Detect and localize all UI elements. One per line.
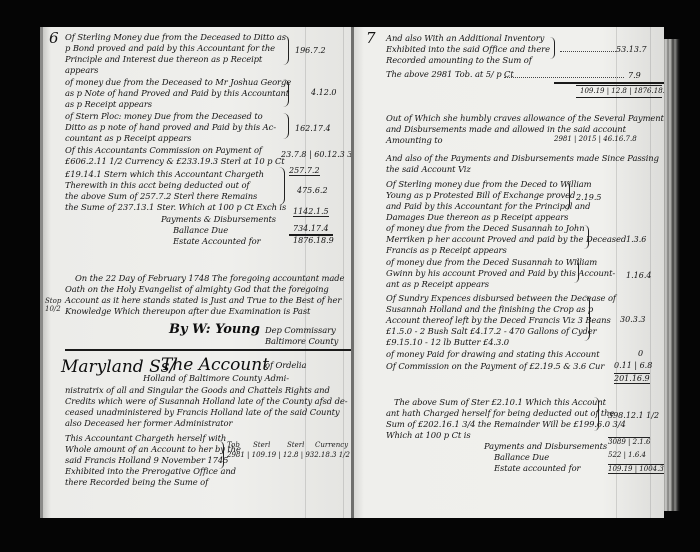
- total-balance-amount: 522 | 1.6.4: [608, 451, 646, 459]
- brace: [584, 295, 590, 341]
- page-stack-edge: [664, 39, 680, 511]
- entry-amount: 4.12.0: [311, 88, 336, 97]
- summary-line: Sum of £202.16.1 3/4 the Remainder Will …: [386, 419, 626, 429]
- entry-amount: 0: [638, 349, 643, 358]
- entry-line: Young as p Protested Bill of Exchange pr…: [386, 190, 575, 200]
- entry-line: Damages Due thereon as p Receipt appears: [386, 212, 568, 222]
- total-label: Estate accounted for: [494, 463, 580, 473]
- entry-line: the said Account Viz: [386, 164, 471, 174]
- entry-amount: 1.3.6: [626, 235, 646, 244]
- signature: By W: Young: [169, 322, 260, 337]
- entry-amount: 53.13.7: [616, 45, 647, 54]
- heading-line: of Ordelia: [265, 360, 306, 370]
- entry-amount: 2981 | 2015 | 46.16.7.8: [554, 135, 637, 143]
- signature-title: Baltimore County: [265, 336, 338, 346]
- heading-line: also Deceased her former Administrator: [65, 418, 232, 428]
- total-label: Payments & Disbursements: [161, 214, 276, 224]
- entry-line: And also With an Additional Inventory: [386, 33, 544, 43]
- heading-title: The Account: [161, 355, 269, 375]
- brace: [283, 79, 289, 107]
- total-estate-amount: 109.19 | 1004.3.10: [608, 464, 664, 474]
- entry-line: countant as p Receipt appears: [65, 133, 191, 143]
- heading-line: nistratrix of all and Singular the Goods…: [65, 385, 330, 395]
- entry-line: Account thereof left by the Deced Franci…: [386, 315, 611, 325]
- entry-line: Francis as p Receipt appears: [386, 245, 507, 255]
- entry-amount: 196.7.2: [295, 46, 326, 55]
- section-divider: [65, 349, 351, 351]
- oath-line: Account as it here stands stated is Just…: [65, 295, 341, 305]
- summary-line: Which at 100 p Ct is: [386, 430, 471, 440]
- signature-title: Dep Commissary: [265, 325, 336, 335]
- entry-line: the Sume of 237.13.1 Ster. Which at 100 …: [65, 202, 286, 212]
- entry-line: And also of the Payments and Disbursemen…: [386, 153, 659, 163]
- brace: [219, 441, 224, 469]
- entry-amount: 1.16.4: [626, 271, 651, 280]
- brace: [279, 167, 285, 205]
- subtotal-amount: 201.16.9: [614, 373, 650, 384]
- entry-line: Susannah Holland and the finishing the C…: [386, 304, 593, 314]
- right-page: 7 And also With an Additional Inventory …: [354, 27, 664, 518]
- entry-line: Therewith in this acct being deducted ou…: [65, 180, 249, 190]
- entry-line: of money due from the Deceased to Mr Jos…: [65, 77, 291, 87]
- entry-line: as p Note of hand Proved and Paid by thi…: [65, 88, 289, 98]
- summary-line: ant hath Charged herself for being deduc…: [386, 408, 614, 418]
- entry-line: £19.14.1 Stern which this Accountant Cha…: [65, 169, 264, 179]
- charge-line: Exhibited into the Prerogative Office an…: [65, 466, 236, 476]
- entry-line: £9.15.10 - 12 lb Butter £4.3.0: [386, 337, 509, 347]
- margin-note: Stop 10/2: [45, 297, 61, 313]
- entry-line: appears: [65, 65, 98, 75]
- entry-amount: 2.19.5: [576, 193, 601, 202]
- entry-line: Exhibited into the said Office and there: [386, 44, 550, 54]
- entry-amount: 475.6.2: [297, 186, 328, 195]
- total-label: Estate Accounted for: [173, 236, 261, 246]
- total-payments-amount: 3089 | 2.1.6: [608, 437, 650, 446]
- heading-line: Holland of Baltimore County Admi-: [143, 373, 289, 383]
- brace: [283, 113, 289, 139]
- entry-line: of money due from the Deced Susannah to …: [386, 257, 597, 267]
- entry-line: £1.5.0 - 2 Bush Salt £4.17.2 - 470 Gallo…: [386, 326, 597, 336]
- entry-line: Merriken p her account Proved and paid b…: [386, 234, 626, 244]
- entry-line: £606.2.11 1/2 Currency & £233.19.3 Sterl…: [65, 156, 285, 166]
- entry-line: as p Receipt appears: [65, 99, 152, 109]
- entry-line: Amounting to: [386, 135, 443, 145]
- page-number-left: 6: [49, 29, 59, 47]
- entry-line: and Paid by this Accountant for the Prin…: [386, 201, 590, 211]
- oath-line: Knowledge Which thereupon after due Exam…: [65, 306, 310, 316]
- entry-line: of money Paid for drawing and stating th…: [386, 349, 599, 359]
- entry-line: Ditto as p note of hand proved and Paid …: [65, 122, 276, 132]
- charge-amount: 2981 | 109.19 | 12.8 | 932.18.3 1/2: [227, 451, 350, 459]
- brace: [283, 35, 289, 65]
- subtotal-sterling: 257.7.2: [289, 166, 320, 176]
- entry-line: Of Commission on the Payment of £2.19.5 …: [386, 361, 604, 371]
- entry-amount: 23.7.8 | 60.12.3 3/4: [281, 150, 355, 159]
- total-payments-amount: 1142.1.5: [293, 207, 329, 217]
- entry-amount: 30.3.3: [620, 315, 645, 324]
- oath-line: Oath on the Holy Evangelist of almighty …: [65, 284, 329, 294]
- entry-line: Gwinn by his account Proved and Paid by …: [386, 268, 615, 278]
- entry-line: and Disbursements made and allowed in th…: [386, 124, 626, 134]
- charge-line: This Accountant Chargeth herself with: [65, 433, 226, 443]
- entry-amount: 0.11 | 6.8: [614, 361, 652, 370]
- entry-line: Of this Accountants Commission on Paymen…: [65, 145, 262, 155]
- charge-line: there Recorded being the Sume of: [65, 477, 208, 487]
- brace: [584, 225, 589, 249]
- entry-line: of Stern Ploc: money Due from the Deceas…: [65, 111, 263, 121]
- oath-line: On the 22 Day of February 1748 The foreg…: [75, 273, 344, 283]
- page-number-right: 7: [366, 29, 376, 47]
- total-label: Ballance Due: [494, 452, 549, 462]
- entry-line: Of Sterling money due from the Deced to …: [386, 179, 592, 189]
- summary-line: The above Sum of Ster £2.10.1 Which this…: [394, 397, 606, 407]
- entry-line: Recorded amounting to the Sum of: [386, 55, 532, 65]
- total-label: Payments and Disbursements: [484, 441, 607, 451]
- brace: [594, 397, 599, 431]
- left-page: 6 Of Sterling Money due from the Decease…: [40, 27, 355, 518]
- total-label: Ballance Due: [173, 225, 228, 235]
- heading-line: ceased unadministered by Francis Holland…: [65, 407, 340, 417]
- entry-line: Of Sterling Money due from the Deceased …: [65, 32, 286, 42]
- entry-line: of money due from the Deced Susannah to …: [386, 223, 585, 233]
- heading-line: Credits which were of Susannah Holland l…: [65, 396, 347, 406]
- total-balance-amount: 734.17.4: [293, 224, 329, 233]
- charge-line: said Francis Holland 9 November 1745: [65, 455, 228, 465]
- entry-line: the above Sum of 257.7.2 Sterl there Rem…: [65, 191, 257, 201]
- total-estate-amount: 1876.18.9: [293, 236, 334, 245]
- entry-amount: 7.9: [628, 71, 641, 80]
- entry-amount: 162.17.4: [295, 124, 331, 133]
- subtotal-box: 109.19 | 12.8 | 1876.18.9: [576, 85, 662, 98]
- entry-line: ant as p Receipt appears: [386, 279, 489, 289]
- brace: [550, 37, 555, 59]
- entry-line: The above 2981 Tob. at 5/ p Ct: [386, 69, 514, 79]
- entry-line: Principle and Interest due thereon as p …: [65, 54, 262, 64]
- entry-line: Of Sundry Expences disbursed between the…: [386, 293, 616, 303]
- ledger-book-spread: 6 Of Sterling Money due from the Decease…: [40, 27, 680, 518]
- entry-line: p Bond proved and paid by this Accountan…: [65, 43, 275, 53]
- brace: [574, 259, 579, 283]
- entry-line: Out of Which she humbly craves allowance…: [386, 113, 664, 123]
- charge-line: Whole amount of an Account to her by the: [65, 444, 241, 454]
- brace: [564, 181, 570, 211]
- summary-amount: 398.12.1 1/2: [608, 411, 659, 420]
